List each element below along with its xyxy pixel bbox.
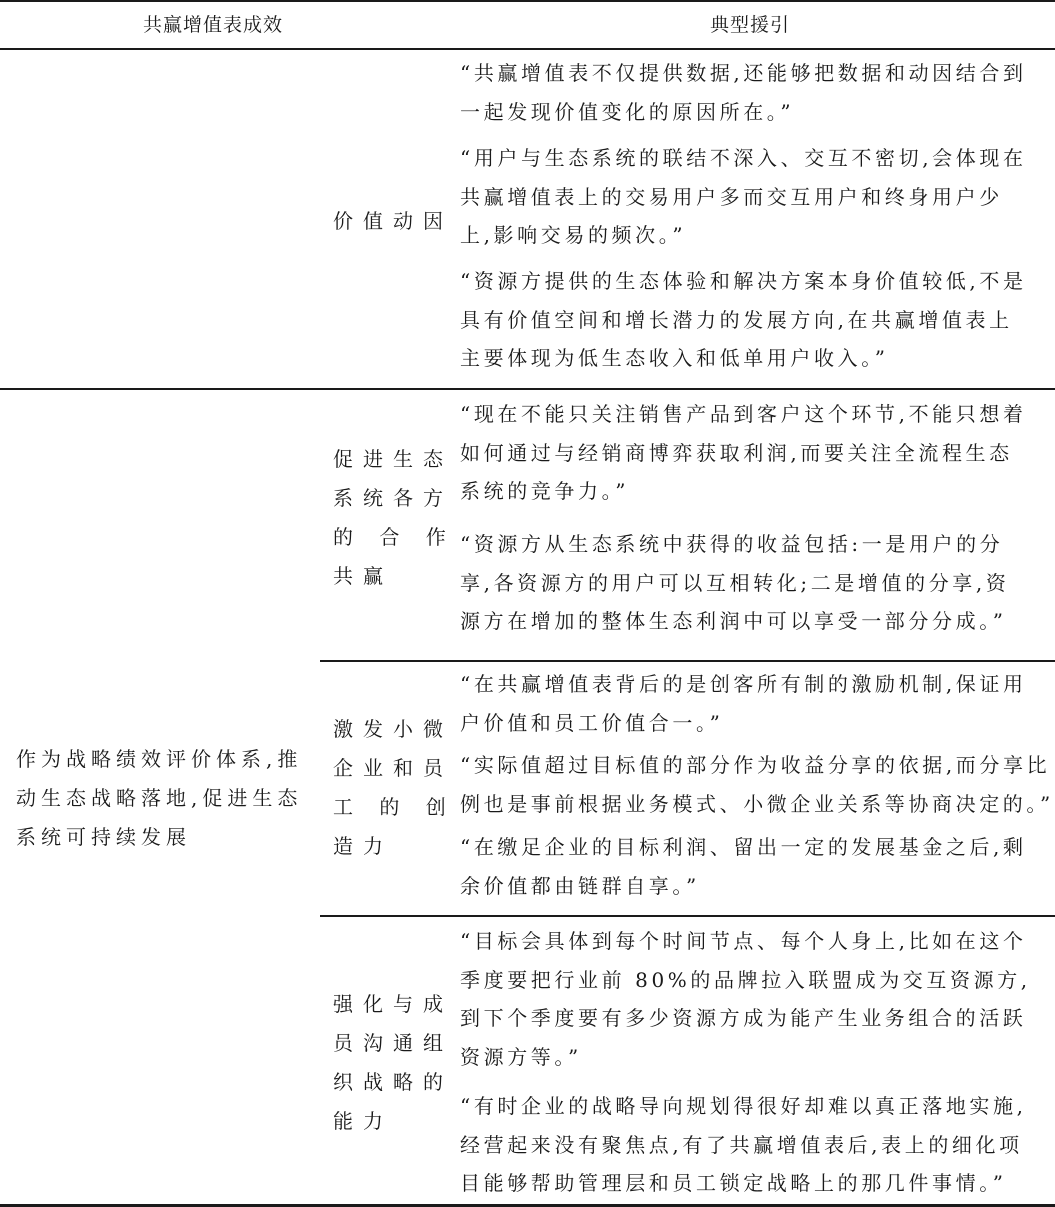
quote-line: 到下个季度要有多少资源方成为能产生业务组合的活跃 xyxy=(460,999,1055,1038)
label-line: 共赢 xyxy=(333,557,443,596)
effect-line: 动生态战略落地,促进生态 xyxy=(16,779,316,818)
header-bottom-rule xyxy=(0,48,1055,50)
quote-line: “有时企业的战略导向规划得很好却难以真正落地实施, xyxy=(460,1087,1055,1126)
quote-block: “在共赢增值表背后的是创客所有制的激励机制,保证用 户价值和员工价值合一。” xyxy=(460,665,1055,742)
quote-line: 享,各资源方的用户可以互相转化;二是增值的分享,资 xyxy=(460,564,1055,603)
quote-line: 源方在增加的整体生态利润中可以享受一部分分成。” xyxy=(460,602,1055,641)
quote-line: 上,影响交易的频次。” xyxy=(460,216,1055,255)
quote-block: “目标会具体到每个时间节点、每个人身上,比如在这个 季度要把行业前 80%的品牌… xyxy=(460,922,1055,1076)
quote-line: 如何通过与经销商博弈获取利润,而要关注全流程生态 xyxy=(460,434,1055,473)
quote-block: “共赢增值表不仅提供数据,还能够把数据和动因结合到 一起发现价值变化的原因所在。… xyxy=(460,54,1055,131)
label-line: 价值动因 xyxy=(333,202,443,241)
quote-block: “在缴足企业的目标利润、留出一定的发展基金之后,剩 余价值都由链群自享。” xyxy=(460,828,1055,905)
label-line: 能力 xyxy=(333,1102,443,1141)
column-header-effect: 共赢增值表成效 xyxy=(143,10,283,40)
quote-line: “资源方从生态系统中获得的收益包括:一是用户的分 xyxy=(460,525,1055,564)
quote-line: 系统的竞争力。” xyxy=(460,472,1055,511)
quote-line: 具有价值空间和增长潜力的发展方向,在共赢增值表上 xyxy=(460,301,1055,340)
quote-line: “在缴足企业的目标利润、留出一定的发展基金之后,剩 xyxy=(460,828,1055,867)
effect-line: 作为战略绩效评价体系,推 xyxy=(16,740,316,779)
quote-line: 经营起来没有聚焦点,有了共赢增值表后,表上的细化项 xyxy=(460,1126,1055,1165)
quote-line: 一起发现价值变化的原因所在。” xyxy=(460,93,1055,132)
label-line: 造力 xyxy=(333,827,443,866)
group-label-ecosystem-cooperation: 促进生态 系统各方 的 合 作 共赢 xyxy=(333,440,443,596)
quote-block: “资源方从生态系统中获得的收益包括:一是用户的分 享,各资源方的用户可以互相转化… xyxy=(460,525,1055,641)
effect-line: 系统可持续发展 xyxy=(16,818,316,857)
quote-line: “用户与生态系统的联结不深入、交互不密切,会体现在 xyxy=(460,139,1055,178)
label-line: 促进生态 xyxy=(333,440,443,479)
label-line: 工 的 创 xyxy=(333,788,443,827)
label-line: 的 合 作 xyxy=(333,518,443,557)
group-divider xyxy=(320,660,1055,662)
quote-line: “在共赢增值表背后的是创客所有制的激励机制,保证用 xyxy=(460,665,1055,704)
quote-line: “共赢增值表不仅提供数据,还能够把数据和动因结合到 xyxy=(460,54,1055,93)
quote-block: “有时企业的战略导向规划得很好却难以真正落地实施, 经营起来没有聚焦点,有了共赢… xyxy=(460,1087,1055,1203)
label-line: 企业和员 xyxy=(333,749,443,788)
quote-line: 季度要把行业前 80%的品牌拉入联盟成为交互资源方, xyxy=(460,961,1055,1000)
quote-line: 主要体现为低生态收入和低单用户收入。” xyxy=(460,339,1055,378)
quote-line: “实际值超过目标值的部分作为收益分享的依据,而分享比 xyxy=(460,746,1055,785)
quote-line: “资源方提供的生态体验和解决方案本身价值较低,不是 xyxy=(460,262,1055,301)
label-line: 强化与成 xyxy=(333,985,443,1024)
table-top-rule xyxy=(0,0,1055,2)
quote-line: 目能够帮助管理层和员工锁定战略上的那几件事情。” xyxy=(460,1164,1055,1203)
section-divider xyxy=(0,388,1055,390)
label-line: 织战略的 xyxy=(333,1063,443,1102)
quote-block: “资源方提供的生态体验和解决方案本身价值较低,不是 具有价值空间和增长潜力的发展… xyxy=(460,262,1055,378)
quote-line: 余价值都由链群自享。” xyxy=(460,867,1055,906)
label-line: 系统各方 xyxy=(333,479,443,518)
group-label-strategy-communication: 强化与成 员沟通组 织战略的 能力 xyxy=(333,985,443,1141)
group-divider xyxy=(320,915,1055,917)
group-label-micro-enterprise-creativity: 激发小微 企业和员 工 的 创 造力 xyxy=(333,710,443,866)
label-line: 员沟通组 xyxy=(333,1024,443,1063)
quote-block: “现在不能只关注销售产品到客户这个环节,不能只想着 如何通过与经销商博弈获取利润… xyxy=(460,395,1055,511)
quote-line: 户价值和员工价值合一。” xyxy=(460,704,1055,743)
effect-label-strategic-performance: 作为战略绩效评价体系,推 动生态战略落地,促进生态 系统可持续发展 xyxy=(16,740,316,857)
quote-line: “现在不能只关注销售产品到客户这个环节,不能只想着 xyxy=(460,395,1055,434)
quote-line: 资源方等。” xyxy=(460,1038,1055,1077)
label-line: 激发小微 xyxy=(333,710,443,749)
quote-block: “用户与生态系统的联结不深入、交互不密切,会体现在 共赢增值表上的交易用户多而交… xyxy=(460,139,1055,255)
column-header-quotes: 典型援引 xyxy=(710,10,790,40)
group-label-value-drivers: 价值动因 xyxy=(333,202,443,241)
quote-line: “目标会具体到每个时间节点、每个人身上,比如在这个 xyxy=(460,922,1055,961)
quote-block: “实际值超过目标值的部分作为收益分享的依据,而分享比 例也是事前根据业务模式、小… xyxy=(460,746,1055,823)
quote-line: 共赢增值表上的交易用户多而交互用户和终身用户少 xyxy=(460,178,1055,217)
quote-line: 例也是事前根据业务模式、小微企业关系等协商决定的。” xyxy=(460,785,1055,824)
